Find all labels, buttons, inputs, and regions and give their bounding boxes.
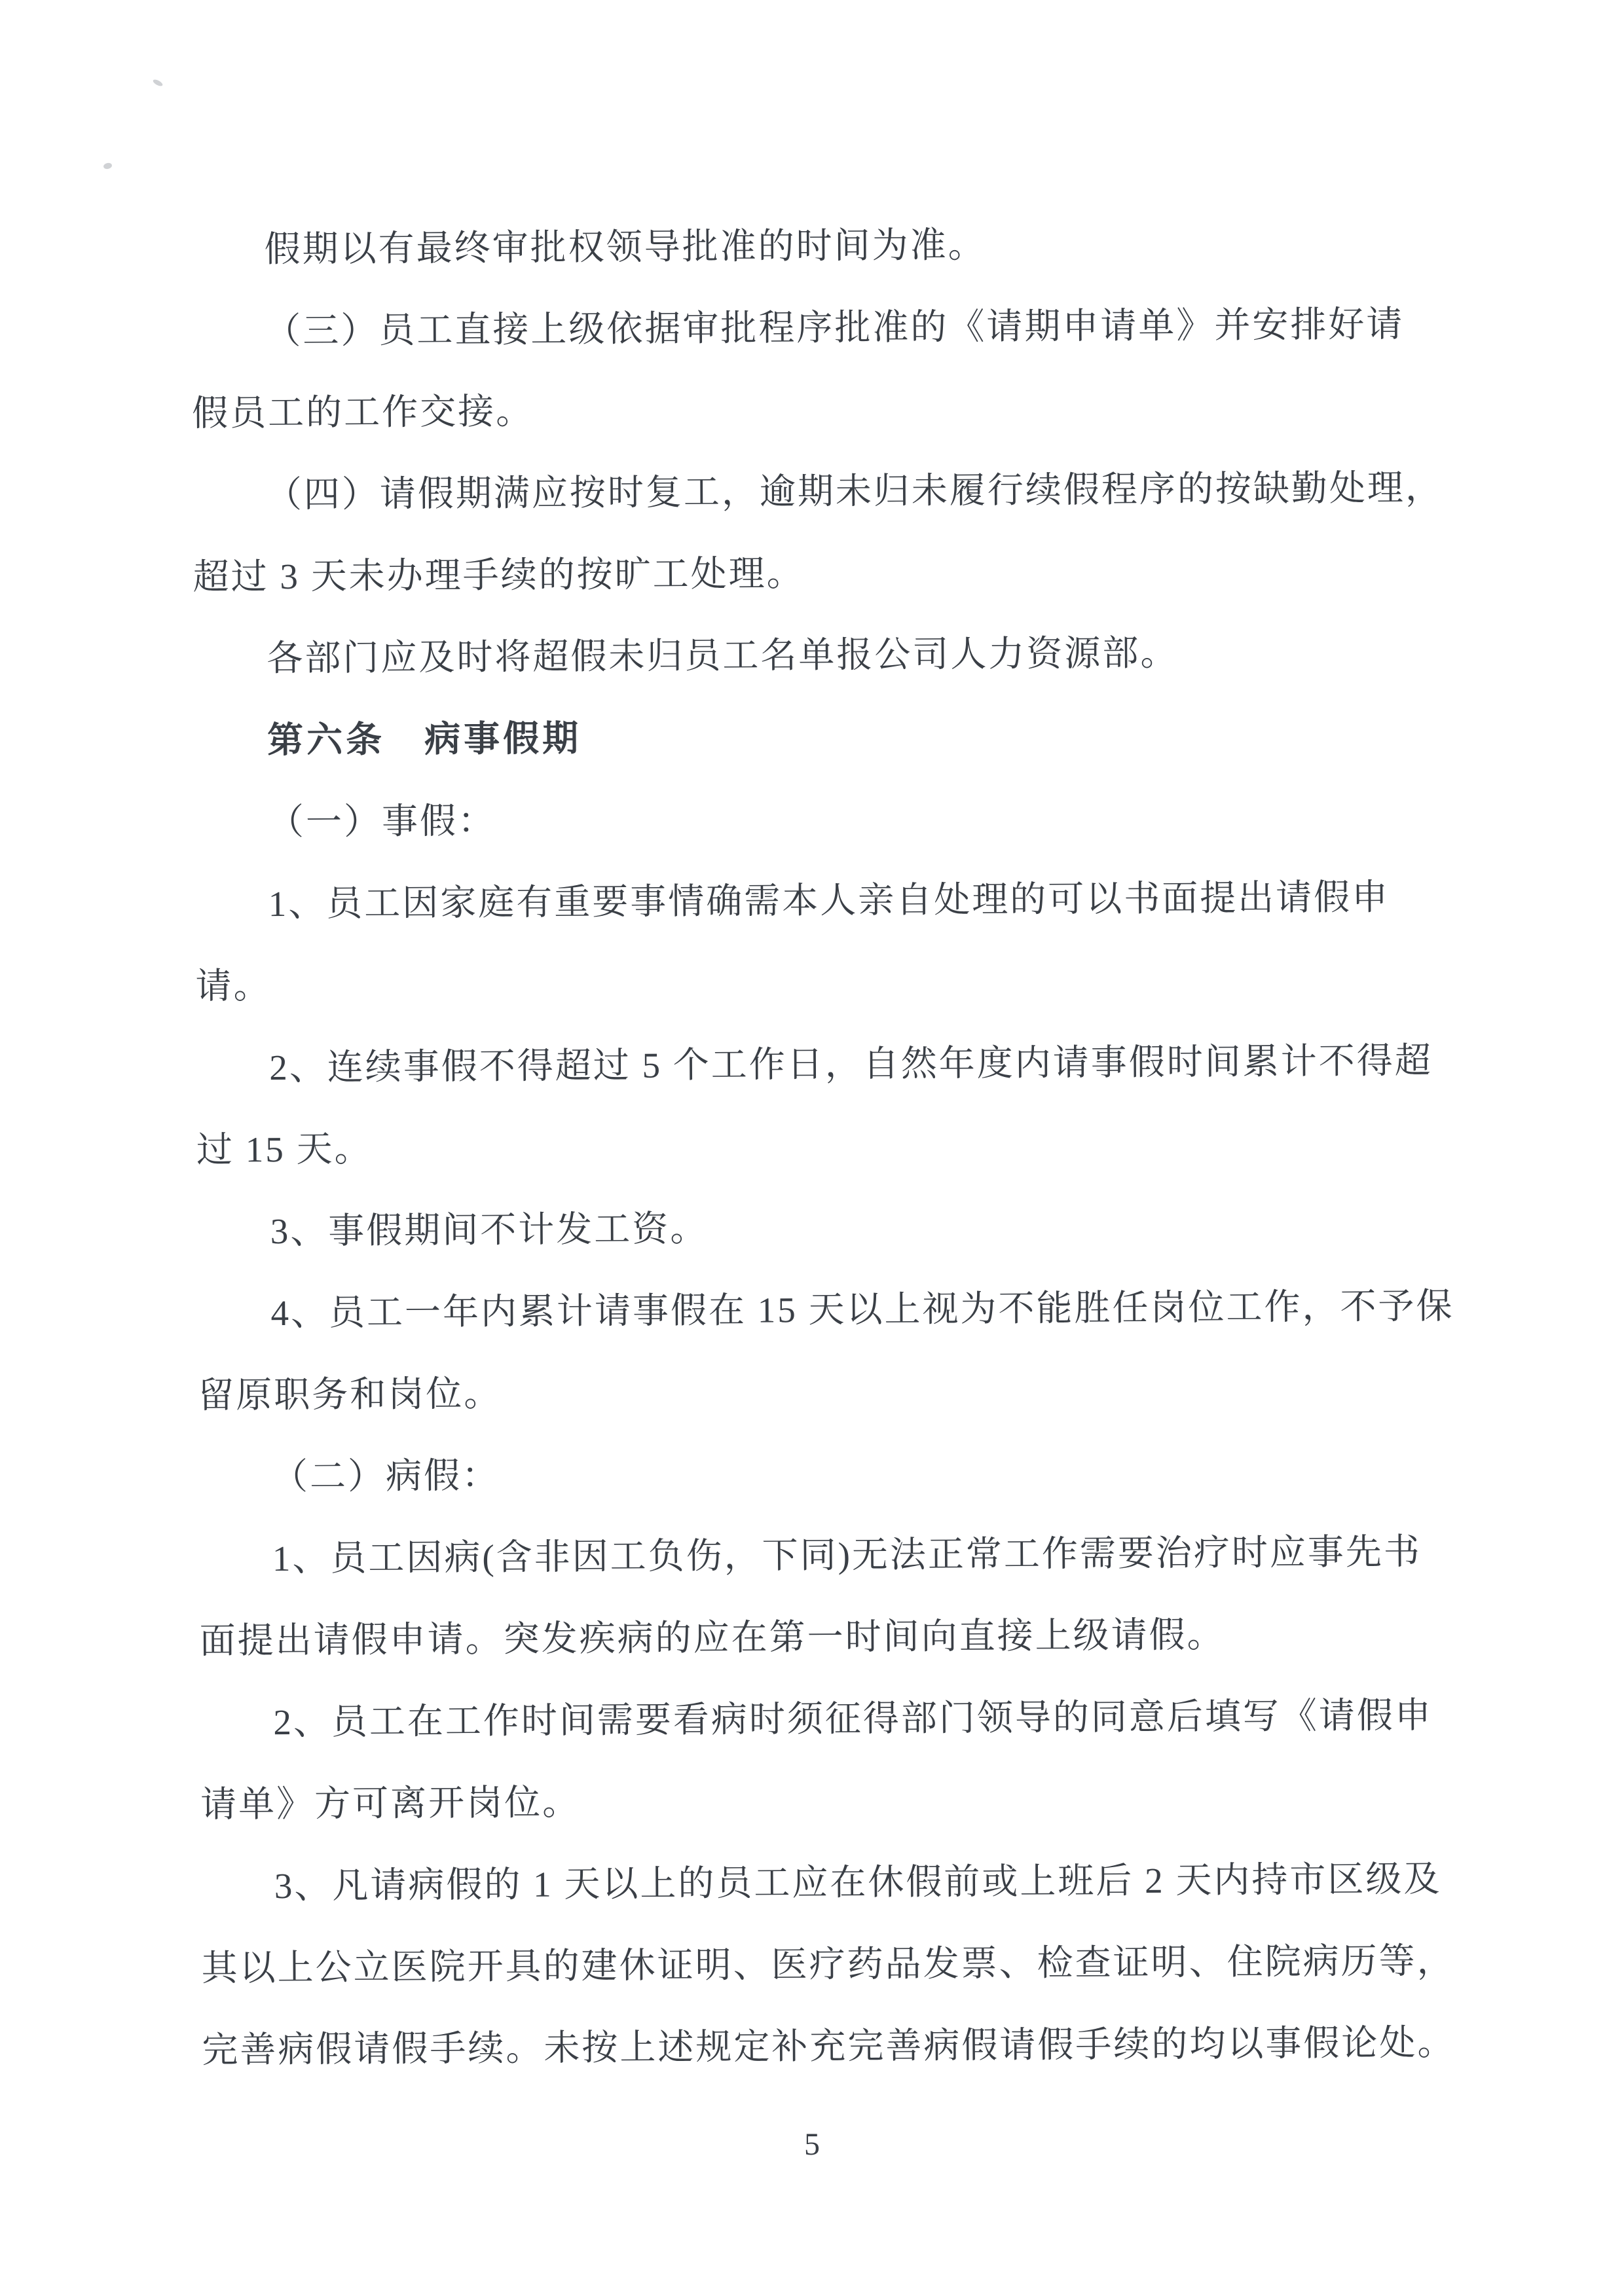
- text-line: 2、员工在工作时间需要看病时须征得部门领导的同意后填写《请假申: [200, 1674, 1455, 1764]
- text-line: （二）病假：: [198, 1429, 1454, 1518]
- text-line: 假期以有最终审批权领导批准的时间为准。: [191, 201, 1446, 291]
- scan-speck: [152, 79, 163, 88]
- scan-speck: [103, 162, 113, 170]
- text-line: 完善病假请假手续。未按上述规定补充完善病假请假手续的均以事假论处。: [202, 2001, 1457, 2091]
- text-line: 3、凡请病假的 1 天以上的员工应在休假前或上班后 2 天内持市区级及: [201, 1838, 1456, 1927]
- text-line: 4、员工一年内累计请事假在 15 天以上视为不能胜任岗位工作，不予保: [197, 1265, 1452, 1355]
- text-line: 过 15 天。: [196, 1101, 1452, 1191]
- text-line: 3、事假期间不计发工资。: [196, 1183, 1452, 1273]
- text-line: （一）事假：: [194, 774, 1450, 864]
- text-line: 超过 3 天未办理手续的按旷工处理。: [193, 528, 1448, 618]
- section-heading: 第六条 病事假期: [194, 692, 1449, 782]
- text-line: （四）请假期满应按时复工，逾期未归未履行续假程序的按缺勤处理，: [193, 446, 1448, 536]
- text-line: 1、员工因病(含非因工负伤，下同)无法正常工作需要治疗时应事先书: [198, 1510, 1454, 1600]
- document-page: 假期以有最终审批权领导批准的时间为准。（三）员工直接上级依据审批程序批准的《请期…: [0, 0, 1624, 2296]
- text-line: 假员工的工作交接。: [192, 365, 1447, 454]
- document-text: 假期以有最终审批权领导批准的时间为准。（三）员工直接上级依据审批程序批准的《请期…: [191, 201, 1457, 2091]
- text-line: 请单》方可离开岗位。: [200, 1756, 1456, 1846]
- text-line: 1、员工因家庭有重要事情确需本人亲自处理的可以书面提出请假申: [194, 856, 1450, 945]
- text-line: 各部门应及时将超假未归员工名单报公司人力资源部。: [193, 610, 1449, 700]
- text-line: 请。: [195, 938, 1450, 1027]
- text-line: 留原职务和岗位。: [198, 1347, 1453, 1436]
- text-line: （三）员工直接上级依据审批程序批准的《请期申请单》并安排好请: [191, 283, 1447, 373]
- text-line: 面提出请假申请。突发疾病的应在第一时间向直接上级请假。: [199, 1592, 1454, 1682]
- page-number: 5: [0, 2126, 1624, 2163]
- text-line: 其以上公立医院开具的建休证明、医疗药品发票、检查证明、住院病历等，: [201, 1920, 1456, 2009]
- text-line: 2、连续事假不得超过 5 个工作日，自然年度内请事假时间累计不得超: [196, 1019, 1451, 1109]
